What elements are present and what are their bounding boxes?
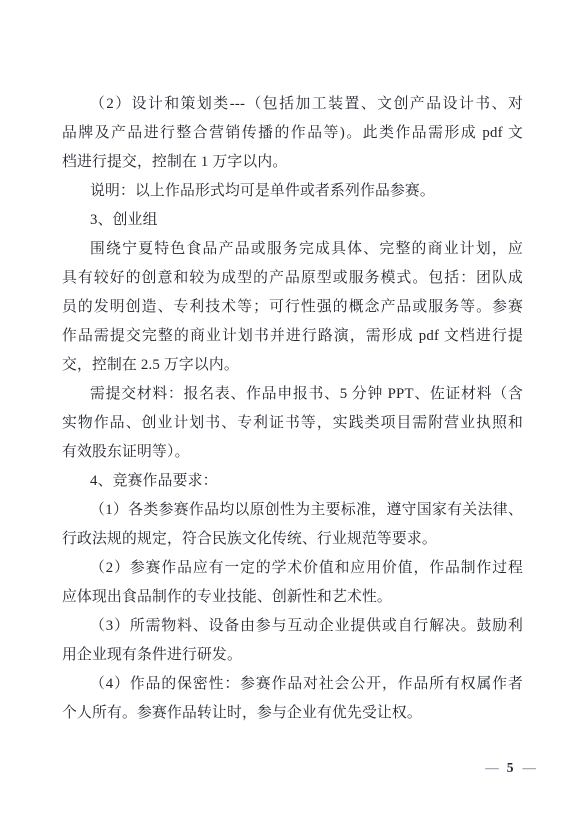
text-line: （4）作品的保密性：参赛作品对社会公开，作品所有权属作者 [62,670,523,699]
document-page: （2）设计和策划类---（包括加工装置、文创产品设计书、对 品牌及产品进行整合营… [0,0,585,826]
text-line: 3、创业组 [62,206,523,235]
text-line: 档进行提交，控制在 1 万字以内。 [62,148,523,177]
document-body: （2）设计和策划类---（包括加工装置、文创产品设计书、对 品牌及产品进行整合营… [62,90,523,728]
page-number-value: 5 [507,759,514,777]
text-line: 用企业现有条件进行研发。 [62,641,523,670]
text-line: 有效股东证明等）。 [62,438,523,467]
text-line: 具有较好的创意和较为成型的产品原型或服务模式。包括：团队成 [62,264,523,293]
text-line: （3）所需物料、设备由参与互动企业提供或自行解决。鼓励利 [62,612,523,641]
page-number-dash-left: — [485,759,498,777]
text-line: 交，控制在 2.5 万字以内。 [62,351,523,380]
text-line: （2）设计和策划类---（包括加工装置、文创产品设计书、对 [62,90,523,119]
text-line: 品牌及产品进行整合营销传播的作品等)。此类作品需形成 pdf 文 [62,119,523,148]
text-line: 员的发明创造、专利技术等；可行性强的概念产品或服务等。参赛 [62,293,523,322]
text-line: 围绕宁夏特色食品产品或服务完成具体、完整的商业计划，应 [62,235,523,264]
text-line: （2）参赛作品应有一定的学术价值和应用价值，作品制作过程 [62,554,523,583]
text-line: 需提交材料：报名表、作品申报书、5 分钟 PPT、佐证材料（含 [62,380,523,409]
text-line: （1）各类参赛作品均以原创性为主要标准，遵守国家有关法律、 [62,496,523,525]
text-line: 个人所有。参赛作品转让时，参与企业有优先受让权。 [62,699,523,728]
text-line: 行政法规的规定，符合民族文化传统、行业规范等要求。 [62,525,523,554]
page-number-dash-right: — [523,759,536,777]
text-line: 作品需提交完整的商业计划书并进行路演，需形成 pdf 文档进行提 [62,322,523,351]
text-line: 实物作品、创业计划书、专利证书等，实践类项目需附营业执照和 [62,409,523,438]
text-line: 说明：以上作品形式均可是单件或者系列作品参赛。 [62,177,523,206]
page-number: — 5 — [485,759,535,777]
text-line: 应体现出食品制作的专业技能、创新性和艺术性。 [62,583,523,612]
text-line: 4、竞赛作品要求： [62,467,523,496]
